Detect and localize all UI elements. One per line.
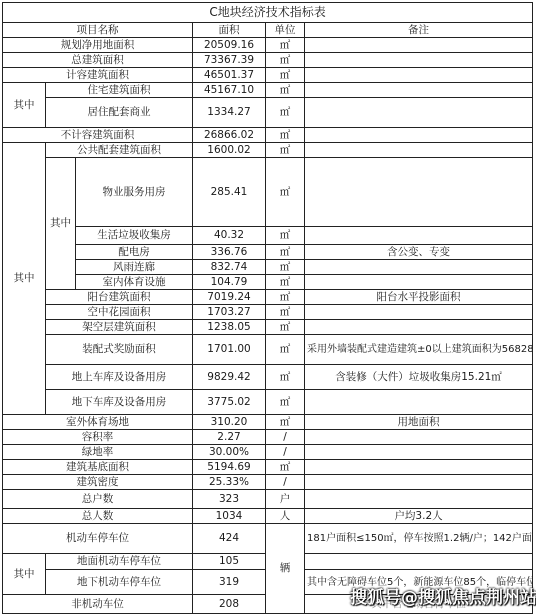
table-row: 绿地率 30.00% / [3, 445, 533, 460]
row-name: 地上车库及设备用房 [46, 365, 193, 390]
row-note [305, 98, 533, 128]
row-note [305, 490, 533, 509]
row-note [305, 430, 533, 445]
row-name: 装配式奖励面积 [46, 335, 193, 365]
row-note: 阳台水平投影面积 [305, 290, 533, 305]
row-area: 285.41 [193, 158, 266, 227]
row-area: 73367.39 [193, 53, 266, 68]
row-name: 计容建筑面积 [3, 68, 193, 83]
row-area: 46501.37 [193, 68, 266, 83]
row-unit: ㎡ [266, 158, 305, 227]
row-name: 绿地率 [3, 445, 193, 460]
row-area: 424 [193, 524, 266, 554]
table-row: 地下车库及设备用房 3775.02 ㎡ [3, 390, 533, 415]
row-name: 规划净用地面积 [3, 38, 193, 53]
row-area: 105 [193, 554, 266, 570]
row-area: 7019.24 [193, 290, 266, 305]
row-area: 208 [193, 595, 266, 614]
row-area: 9829.42 [193, 365, 266, 390]
row-unit: ㎡ [266, 53, 305, 68]
table-row: 建筑密度 25.33% / [3, 475, 533, 490]
row-area: 26866.02 [193, 128, 266, 143]
table-row: 其中 公共配套建筑面积 1600.02 ㎡ [3, 143, 533, 158]
row-name: 总人数 [3, 509, 193, 524]
table-row: 阳台建筑面积 7019.24 ㎡ 阳台水平投影面积 [3, 290, 533, 305]
row-area: 1701.00 [193, 335, 266, 365]
row-note [305, 475, 533, 490]
table-row: 架空层建筑面积 1238.05 ㎡ [3, 320, 533, 335]
row-unit: ㎡ [266, 83, 305, 98]
table-row: 室内体育设施 104.79 ㎡ [3, 275, 533, 290]
row-name: 室外体育场地 [3, 415, 193, 430]
row-note [305, 83, 533, 98]
table-row: 居住配套商业 1334.27 ㎡ [3, 98, 533, 128]
table-row: 生活垃圾收集房 40.32 ㎡ [3, 227, 533, 245]
row-area: 40.32 [193, 227, 266, 245]
row-area: 310.20 [193, 415, 266, 430]
row-name: 居住配套商业 [46, 98, 193, 128]
row-note [305, 275, 533, 290]
row-unit: ㎡ [266, 68, 305, 83]
row-note [305, 158, 533, 227]
group-label-qizhong: 其中 [3, 554, 46, 595]
row-note [305, 68, 533, 83]
row-area: 45167.10 [193, 83, 266, 98]
header-name: 项目名称 [3, 23, 193, 38]
row-name: 架空层建筑面积 [46, 320, 193, 335]
row-area: 319 [193, 570, 266, 595]
row-name: 住宅建筑面积 [46, 83, 193, 98]
row-area: 3775.02 [193, 390, 266, 415]
row-area: 20509.16 [193, 38, 266, 53]
row-note [305, 53, 533, 68]
row-area: 1334.27 [193, 98, 266, 128]
row-name: 阳台建筑面积 [46, 290, 193, 305]
row-unit: / [266, 475, 305, 490]
table-row: 地上车库及设备用房 9829.42 ㎡ 含装修（大件）垃圾收集房15.21㎡ [3, 365, 533, 390]
row-name: 总建筑面积 [3, 53, 193, 68]
header-row: 项目名称 面积 单位 备注 [3, 23, 533, 38]
row-unit: ㎡ [266, 290, 305, 305]
row-unit: ㎡ [266, 227, 305, 245]
row-name: 物业服务用房 [76, 158, 193, 227]
subgroup-label-qizhong: 其中 [46, 158, 76, 290]
row-unit: / [266, 445, 305, 460]
table-row: 机动车停车位 424 辆 181户面积≤150㎡，停车按照1.2辆/户；142户… [3, 524, 533, 554]
row-area: 2.27 [193, 430, 266, 445]
row-area: 1238.05 [193, 320, 266, 335]
table-row: 空中花园面积 1703.27 ㎡ [3, 305, 533, 320]
row-area: 1703.27 [193, 305, 266, 320]
row-name: 公共配套建筑面积 [46, 143, 193, 158]
row-name: 地面机动车停车位 [46, 554, 193, 570]
economic-indicator-table: C地块经济技术指标表 项目名称 面积 单位 备注 规划净用地面积 20509.1… [2, 2, 533, 614]
row-note [305, 128, 533, 143]
row-note [305, 460, 533, 475]
table-row: 风雨连廊 832.74 ㎡ [3, 260, 533, 275]
row-name: 建筑密度 [3, 475, 193, 490]
row-unit: 户 [266, 490, 305, 509]
table-row: 计容建筑面积 46501.37 ㎡ [3, 68, 533, 83]
table-row: 规划净用地面积 20509.16 ㎡ [3, 38, 533, 53]
table-title: C地块经济技术指标表 [3, 3, 533, 23]
group-label-qizhong: 其中 [3, 83, 46, 128]
row-unit: ㎡ [266, 415, 305, 430]
table-row: 配电房 336.76 ㎡ 含公变、专变 [3, 245, 533, 260]
table-row: 总人数 1034 人 户均3.2人 [3, 509, 533, 524]
row-name: 不计容建筑面积 [3, 128, 193, 143]
row-unit: ㎡ [266, 245, 305, 260]
table-row: 其中 住宅建筑面积 45167.10 ㎡ [3, 83, 533, 98]
row-name: 建筑基底面积 [3, 460, 193, 475]
row-unit: ㎡ [266, 260, 305, 275]
row-note [305, 260, 533, 275]
row-name: 总户数 [3, 490, 193, 509]
row-name: 机动车停车位 [3, 524, 193, 554]
row-name: 非机动车位 [3, 595, 193, 614]
row-area: 104.79 [193, 275, 266, 290]
row-note: 含公变、专变 [305, 245, 533, 260]
row-unit: ㎡ [266, 143, 305, 158]
row-name: 容积率 [3, 430, 193, 445]
row-name: 地下车库及设备用房 [46, 390, 193, 415]
row-unit: ㎡ [266, 320, 305, 335]
row-area: 336.76 [193, 245, 266, 260]
row-note: 181户面积≤150㎡，停车按照1.2辆/户；142户面积＞150㎡，停车按照1… [305, 524, 533, 554]
row-unit: ㎡ [266, 38, 305, 53]
row-unit: ㎡ [266, 365, 305, 390]
row-name: 生活垃圾收集房 [76, 227, 193, 245]
row-note [305, 554, 533, 570]
table-row: 其中 物业服务用房 285.41 ㎡ [3, 158, 533, 227]
row-note: 含装修（大件）垃圾收集房15.21㎡ [305, 365, 533, 390]
row-unit: ㎡ [266, 390, 305, 415]
row-unit: ㎡ [266, 275, 305, 290]
row-note: 用地面积 [305, 415, 533, 430]
row-name: 空中花园面积 [46, 305, 193, 320]
row-note [305, 445, 533, 460]
row-unit: ㎡ [266, 128, 305, 143]
table-row: 建筑基底面积 5194.69 ㎡ [3, 460, 533, 475]
row-note [305, 305, 533, 320]
row-area: 832.74 [193, 260, 266, 275]
table-row: 总建筑面积 73367.39 ㎡ [3, 53, 533, 68]
row-area: 323 [193, 490, 266, 509]
table-row: 容积率 2.27 / [3, 430, 533, 445]
header-area: 面积 [193, 23, 266, 38]
row-area: 5194.69 [193, 460, 266, 475]
row-area: 1600.02 [193, 143, 266, 158]
row-unit: 人 [266, 509, 305, 524]
row-note: 户均3.2人 [305, 509, 533, 524]
table-row: 总户数 323 户 [3, 490, 533, 509]
row-area: 30.00% [193, 445, 266, 460]
row-unit: / [266, 430, 305, 445]
row-area: 25.33% [193, 475, 266, 490]
header-note: 备注 [305, 23, 533, 38]
group-label-qizhong: 其中 [3, 143, 46, 415]
row-unit: ㎡ [266, 335, 305, 365]
row-note [305, 143, 533, 158]
row-area: 1034 [193, 509, 266, 524]
header-unit: 单位 [266, 23, 305, 38]
row-unit: ㎡ [266, 98, 305, 128]
row-note [305, 38, 533, 53]
row-name: 室内体育设施 [76, 275, 193, 290]
row-unit: ㎡ [266, 305, 305, 320]
row-name: 风雨连廊 [76, 260, 193, 275]
row-note: 采用外墙装配式建造建筑±0以上建筑面积为56828.66㎡ [305, 335, 533, 365]
row-note [305, 390, 533, 415]
watermark-text: 搜狐号@搜狐焦点荆州站 [350, 583, 536, 608]
row-unit: ㎡ [266, 460, 305, 475]
row-unit: 辆 [266, 524, 305, 614]
row-note [305, 320, 533, 335]
row-note [305, 227, 533, 245]
table-row: 不计容建筑面积 26866.02 ㎡ [3, 128, 533, 143]
table-row: 装配式奖励面积 1701.00 ㎡ 采用外墙装配式建造建筑±0以上建筑面积为56… [3, 335, 533, 365]
row-name: 地下机动车停车位 [46, 570, 193, 595]
row-name: 配电房 [76, 245, 193, 260]
table-row: 室外体育场地 310.20 ㎡ 用地面积 [3, 415, 533, 430]
